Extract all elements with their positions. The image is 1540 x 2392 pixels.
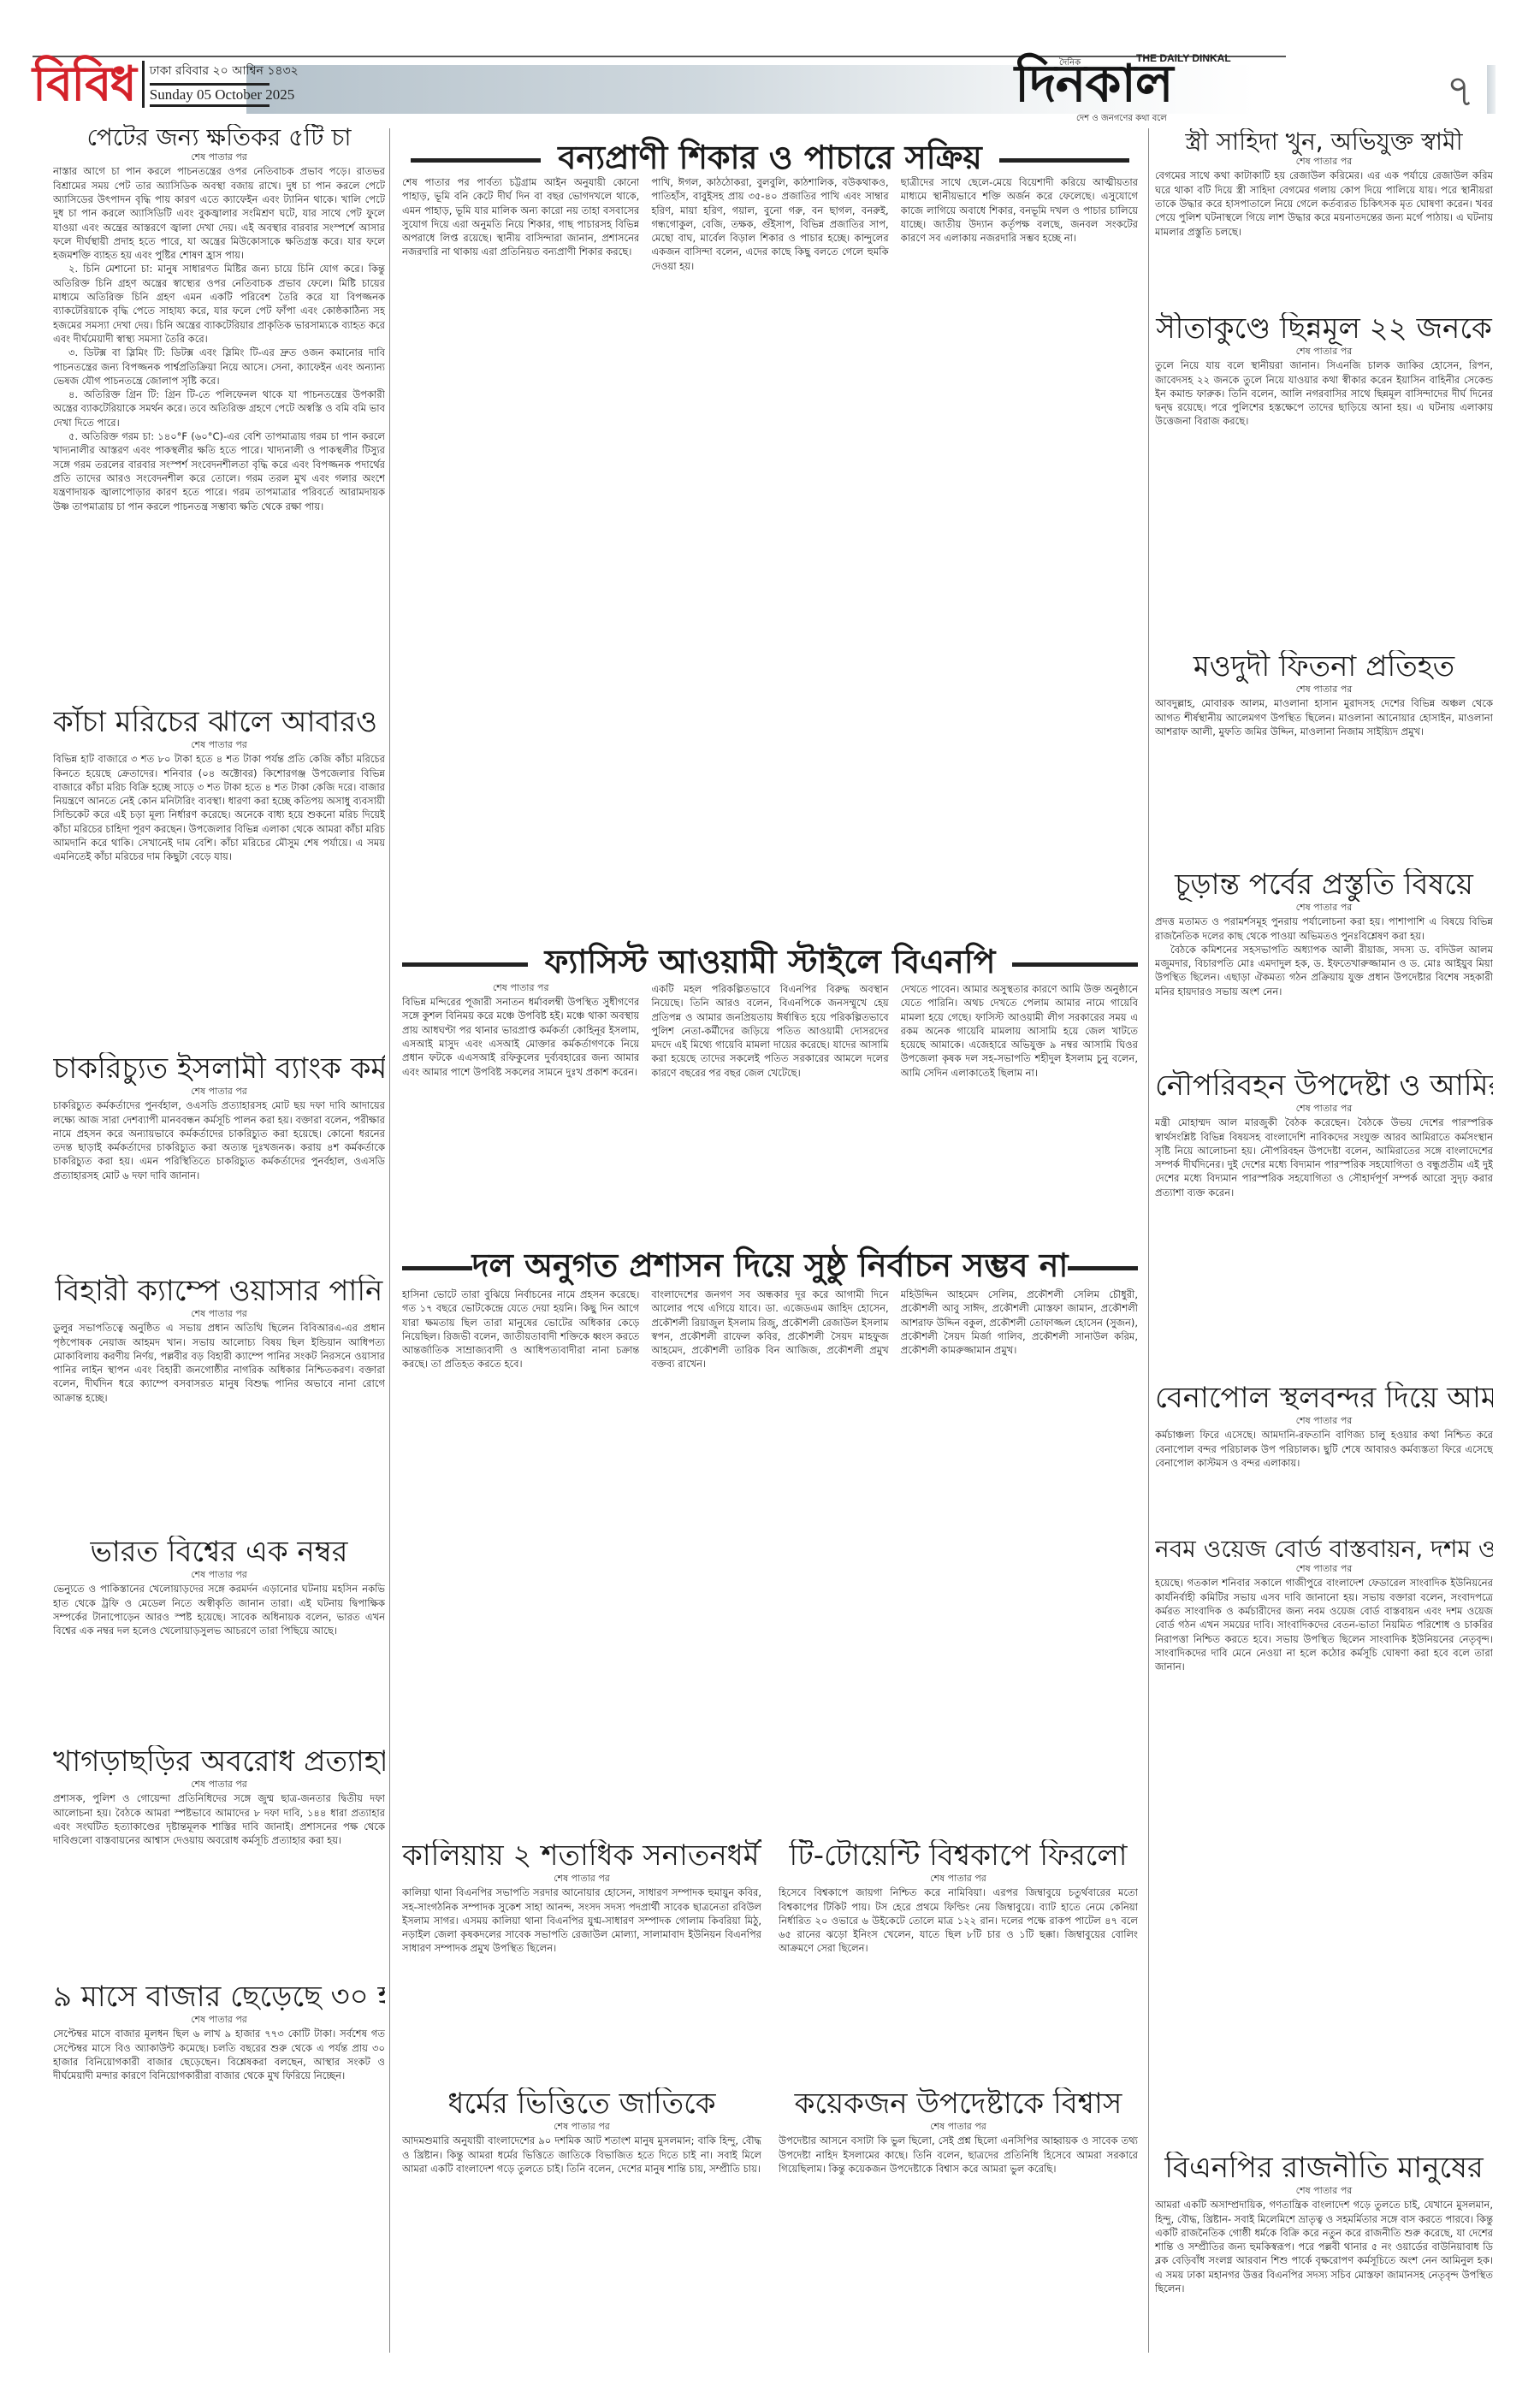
headline: কাঁচা মরিচের ঝালে আবারও অতিষ্ঠ ক্রেতা	[53, 706, 385, 739]
text-column: একটি মহল পরিকল্পিতভাবে বিএনপির বিরুদ্ধ অ…	[651, 982, 888, 1230]
headline: সীতাকুণ্ডে ছিন্নমূল ২২ জনকে	[1155, 312, 1493, 346]
continued-label: শেষ পাতার পর	[1155, 1415, 1493, 1426]
headline: বিএনপির রাজনীতি মানুষের	[1155, 2152, 1493, 2185]
article-body: নাস্তার আগে চা পান করলে পাচনতন্ত্রের ওপর…	[53, 164, 385, 678]
paragraph: চাকরিচ্যুত কর্মকর্তাদের পুনর্বহাল, ওএসডি…	[53, 1098, 385, 1182]
article-body: চাকরিচ্যুত কর্মকর্তাদের পুনর্বহাল, ওএসডি…	[53, 1098, 385, 1265]
headline: ৯ মাসে বাজার ছেড়েছে ৩০ হাজার	[53, 1981, 385, 2014]
article-body: কালিয়া থানা বিএনপির সভাপতি সরদার আনোয়া…	[402, 1886, 761, 2082]
paragraph: কর্মচাঞ্চল্য ফিরে এসেছে। আমদানি-রফতানি ব…	[1155, 1428, 1493, 1470]
headline: কালিয়ায় ২ শতাধিক সনাতনধর্মী	[402, 1839, 761, 1873]
headline: পেটের জন্য ক্ষতিকর ৫টি চা	[53, 124, 385, 151]
headline-rule	[1068, 1266, 1138, 1270]
masthead-divider	[142, 61, 145, 108]
headline: চাকরিচ্যুত ইসলামী ব্যাংক কর্মকর্তাদের	[53, 1052, 385, 1086]
article-body: প্রশাসক, পুলিশ ও গোয়েন্দা প্রতিনিধিদের …	[53, 1791, 385, 1967]
article-khagrachari: খাগড়াছড়ির অবরোধ প্রত্যাহারের ঘোষণা শেষ…	[53, 1745, 385, 1976]
text-column: মহিউদ্দিন আহমেদ সেলিম, প্রকৌশলী সেলিম চৌ…	[901, 1288, 1138, 1835]
paragraph: প্রদত্ত মতামত ও পরামর্শসমূহ পুনরায় পর্য…	[1155, 915, 1493, 943]
article-advisors: কয়েকজন উপদেষ্টাকে বিশ্বাস শেষ পাতার পর …	[779, 2087, 1138, 2370]
text-column: ছাত্রীদের সাথে ছেলে-মেয়ে বিয়েশাদী করিয…	[901, 175, 1138, 924]
continued-label: শেষ পাতার পর	[1155, 1103, 1493, 1114]
headline: চূড়ান্ত পর্বের প্রস্তুতি বিষয়ে	[1155, 868, 1493, 902]
column-divider	[389, 128, 390, 2353]
article-body: সেপ্টেম্বর মাসে বাজার মূলধন ছিল ৬ লাখ ৯ …	[53, 2027, 385, 2326]
article-body: তুলে নিয়ে যায় বলে স্থানীয়রা জানান। সি…	[1155, 358, 1493, 632]
continued-label: শেষ পাতার পর	[1155, 346, 1493, 357]
article-body: উপদেষ্টার আসনে বসাটা কি ভুল ছিলো, সেই প্…	[779, 2134, 1138, 2365]
article-bnp-politics: বিএনপির রাজনীতি মানুষের শেষ পাতার পর আমর…	[1155, 2152, 1493, 2391]
article-body: হয়েছে। গতকাল শনিবার সকালে গাজীপুরে বাংল…	[1155, 1576, 1493, 2140]
article-body: বেগমের সাথে কথা কাটাকাটি হয় রেজাউল করিম…	[1155, 169, 1493, 305]
continued-label: শেষ পাতার পর	[402, 1873, 761, 1884]
paragraph: হয়েছে। গতকাল শনিবার সকালে গাজীপুরে বাংল…	[1155, 1576, 1493, 1673]
article-wage-board: নবম ওয়েজ বোর্ড বাস্তবায়ন, দশম ওয়েজ বো…	[1155, 1536, 1493, 2152]
article-body: ডুলুর সভাপতিত্বে অনুষ্ঠিত এ সভায় প্রধান…	[53, 1321, 385, 1513]
article-bihari-camp: বিহারী ক্যাম্পে ওয়াসার পানি শেষ পাতার প…	[53, 1275, 385, 1531]
continued-label: শেষ পাতার পর	[779, 1873, 1138, 1884]
article-sahida: স্ত্রী সাহিদা খুন, অভিযুক্ত স্বামী শেষ প…	[1155, 128, 1493, 312]
article-tea: পেটের জন্য ক্ষতিকর ৫টি চা শেষ পাতার পর ন…	[53, 124, 385, 697]
section-masthead: বিবিধ ঢাকা রবিবার ২০ আশ্বিন ১৪৩২ Sunday …	[33, 60, 269, 108]
headline: নবম ওয়েজ বোর্ড বাস্তবায়ন, দশম ওয়েজ বো…	[1155, 1536, 1493, 1563]
paragraph: বৈঠকে কমিশনের সহসভাপতি অধ্যাপক আলী রীয়া…	[1155, 943, 1493, 998]
article-t20: টি-টোয়েন্টি বিশ্বকাপে ফিরলো শেষ পাতার প…	[779, 1839, 1138, 2087]
headline-rule	[999, 158, 1129, 163]
article-body: মন্ত্রী মোহাম্মদ আল মারজুকী বৈঠক করেছেন।…	[1155, 1116, 1493, 1406]
fascist-story-body: শেষ পাতার পর বিভিন্ন মন্দিরের পূজারী সনা…	[402, 982, 1138, 1230]
headline: বিহারী ক্যাম্পে ওয়াসার পানি	[53, 1275, 385, 1308]
continued-label: শেষ পাতার পর	[53, 1569, 385, 1580]
text-column: শেষ পাতার পর বিভিন্ন মন্দিরের পূজারী সনা…	[402, 982, 639, 1230]
article-sitakunda: সীতাকুণ্ডে ছিন্নমূল ২২ জনকে শেষ পাতার পর…	[1155, 312, 1493, 646]
text-column: পাখি, ঈগল, কাঠঠোকরা, বুলবুলি, কাঠশালিক, …	[651, 175, 888, 924]
continued-label: শেষ পাতার পর	[1155, 2185, 1493, 2196]
article-shipping-adviser: নৌপরিবহন উপদেষ্টা ও আমিরাতের শেষ পাতার প…	[1155, 1069, 1493, 1420]
article-religion: ধর্মের ভিত্তিতে জাতিকে শেষ পাতার পর আদমশ…	[402, 2087, 761, 2370]
paragraph: বেগমের সাথে কথা কাটাকাটি হয় রেজাউল করিম…	[1155, 169, 1493, 238]
continued-label: শেষ পাতার পর	[1155, 684, 1493, 695]
paragraph: বিভিন্ন মন্দিরের পূজারী সনাতন ধর্মাবলম্ব…	[402, 996, 639, 1077]
paragraph: আমরা একটি অসাম্প্রদায়িক, গণতান্ত্রিক বা…	[1155, 2198, 1493, 2295]
paper-tagline: দেশ ও জনগণের কথা বলে	[1076, 112, 1167, 127]
continued-label: শেষ পাতার পর	[53, 739, 385, 750]
continued-label: শেষ পাতার পর	[1155, 1563, 1493, 1574]
article-body: প্রদত্ত মতামত ও পরামর্শসমূহ পুনরায় পর্য…	[1155, 915, 1493, 1086]
header-banner-tip	[1487, 65, 1496, 114]
top-story-body: শেষ পাতার পর পার্বত্য চট্টগ্রাম আইন অনুয…	[402, 175, 1138, 924]
paragraph: ৩. ডিটক্স বা স্লিমিং টি: ডিটক্স এবং স্লি…	[53, 346, 385, 388]
text-column: বাংলাদেশের জনগণ সব অন্ধকার দূর করে আগামী…	[651, 1288, 888, 1835]
continued-label: শেষ পাতার পর	[402, 982, 639, 993]
headline: নৌপরিবহন উপদেষ্টা ও আমিরাতের	[1155, 1069, 1493, 1103]
continued-label: শেষ পাতার পর	[402, 2121, 761, 2132]
paragraph: প্রশাসক, পুলিশ ও গোয়েন্দা প্রতিনিধিদের …	[53, 1791, 385, 1847]
article-stock-market: ৯ মাসে বাজার ছেড়েছে ৩০ হাজার শেষ পাতার …	[53, 1981, 385, 2340]
paragraph: মন্ত্রী মোহাম্মদ আল মারজুকী বৈঠক করেছেন।…	[1155, 1116, 1493, 1199]
headline: মওদুদী ফিতনা প্রতিহত	[1155, 650, 1493, 684]
article-green-chili: কাঁচা মরিচের ঝালে আবারও অতিষ্ঠ ক্রেতা শে…	[53, 706, 385, 1048]
paragraph: ডুলুর সভাপতিত্বে অনুষ্ঠিত এ সভায় প্রধান…	[53, 1321, 385, 1405]
article-kalia: কালিয়ায় ২ শতাধিক সনাতনধর্মী শেষ পাতার …	[402, 1839, 761, 2087]
text-column: শেষ পাতার পর পার্বত্য চট্টগ্রাম আইন অনুয…	[402, 175, 639, 924]
paper-logo: দৈনিক THE DAILY DINKAL দিনকাল দেশ ও জনগণ…	[1016, 48, 1299, 125]
headline: বেনাপোল স্থলবন্দর দিয়ে আমদানি	[1155, 1382, 1493, 1415]
date-bengali: ঢাকা রবিবার ২০ আশ্বিন ১৪৩২	[150, 61, 269, 86]
paragraph: ভেন্যুতে ও পাকিস্তানের খেলোয়াড়দের সঙ্গ…	[53, 1582, 385, 1637]
continued-label: শেষ পাতার পর	[779, 2121, 1138, 2132]
text-column: হাসিনা ভোটে তারা বুঝিয়ে নির্বাচনের নামে…	[402, 1288, 639, 1835]
continued-label: শেষ পাতার পর	[53, 2014, 385, 2025]
article-body: আমরা একটি অসাম্প্রদায়িক, গণতান্ত্রিক বা…	[1155, 2198, 1493, 2386]
section-logo: বিবিধ	[33, 60, 135, 108]
paragraph: ৪. অতিরিক্ত গ্রিন টি: গ্রিন টি-তে পলিফেন…	[53, 388, 385, 429]
headline: স্ত্রী সাহিদা খুন, অভিযুক্ত স্বামী	[1155, 128, 1493, 156]
article-body: ভেন্যুতে ও পাকিস্তানের খেলোয়াড়দের সঙ্গ…	[53, 1582, 385, 1736]
article-body: হিসেবে বিশ্বকাপে জায়গা নিশ্চিত করে নামি…	[779, 1886, 1138, 2082]
paragraph: ৫. অতিরিক্ত গরম চা: ১৪০°F (৬০°C)-এর বেশি…	[53, 429, 385, 513]
article-benapole: বেনাপোল স্থলবন্দর দিয়ে আমদানি শেষ পাতার…	[1155, 1382, 1493, 1561]
continued-label: শেষ পাতার পর	[53, 151, 385, 163]
headline-rule	[402, 1266, 472, 1270]
paragraph: আবদুল্লাহ, মোবারক আলম, মাওলানা হাসান মুর…	[1155, 696, 1493, 738]
paragraph: ২. চিনি মেশানো চা: মানুষ সাধারণত মিষ্টির…	[53, 262, 385, 346]
paper-name-bengali: দিনকাল	[1015, 58, 1173, 110]
headline: ধর্মের ভিত্তিতে জাতিকে	[402, 2087, 761, 2121]
paragraph: তুলে নিয়ে যায় বলে স্থানীয়রা জানান। সি…	[1155, 358, 1493, 428]
continued-label: শেষ পাতার পর	[53, 1308, 385, 1319]
text-column: দেখতে পাবেন। আমার অসুস্থতার কারণে আমি উক…	[901, 982, 1138, 1230]
article-islami-bank: চাকরিচ্যুত ইসলামী ব্যাংক কর্মকর্তাদের শে…	[53, 1052, 385, 1275]
column-divider	[1148, 128, 1149, 2353]
date-box: ঢাকা রবিবার ২০ আশ্বিন ১৪৩২ Sunday 05 Oct…	[150, 61, 269, 107]
paragraph: বিভিন্ন হাট বাজারে ৩ শত ৮০ টাকা হতে ৪ শত…	[53, 752, 385, 863]
election-story-body: হাসিনা ভোটে তারা বুঝিয়ে নির্বাচনের নামে…	[402, 1288, 1138, 1835]
article-body: কর্মচাঞ্চল্য ফিরে এসেছে। আমদানি-রফতানি ব…	[1155, 1428, 1493, 1552]
page-number: ৭	[1446, 56, 1475, 131]
headline-rule	[411, 158, 541, 163]
headline: ভারত বিশ্বের এক নম্বর	[53, 1536, 385, 1569]
headline-rule	[1012, 962, 1138, 967]
article-india: ভারত বিশ্বের এক নম্বর শেষ পাতার পর ভেন্য…	[53, 1536, 385, 1741]
continued-label: শেষ পাতার পর	[1155, 902, 1493, 913]
headline: কয়েকজন উপদেষ্টাকে বিশ্বাস	[779, 2087, 1138, 2121]
headline: খাগড়াছড়ির অবরোধ প্রত্যাহারের ঘোষণা	[53, 1745, 385, 1779]
paragraph: সেপ্টেম্বর মাসে বাজার মূলধন ছিল ৬ লাখ ৯ …	[53, 2027, 385, 2082]
continued-label: শেষ পাতার পর	[53, 1086, 385, 1097]
headline: টি-টোয়েন্টি বিশ্বকাপে ফিরলো	[779, 1839, 1138, 1873]
continued-label: শেষ পাতার পর	[1155, 156, 1493, 167]
continued-label: শেষ পাতার পর	[53, 1779, 385, 1790]
paragraph: নাস্তার আগে চা পান করলে পাচনতন্ত্রের ওপর…	[53, 164, 385, 262]
headline-rule	[402, 962, 528, 967]
date-english: Sunday 05 October 2025	[150, 86, 269, 107]
article-body: আদমশুমারি অনুযায়ী বাংলাদেশের ৯০ দশমিক আ…	[402, 2134, 761, 2365]
article-body: বিভিন্ন হাট বাজারে ৩ শত ৮০ টাকা হতে ৪ শত…	[53, 752, 385, 1026]
